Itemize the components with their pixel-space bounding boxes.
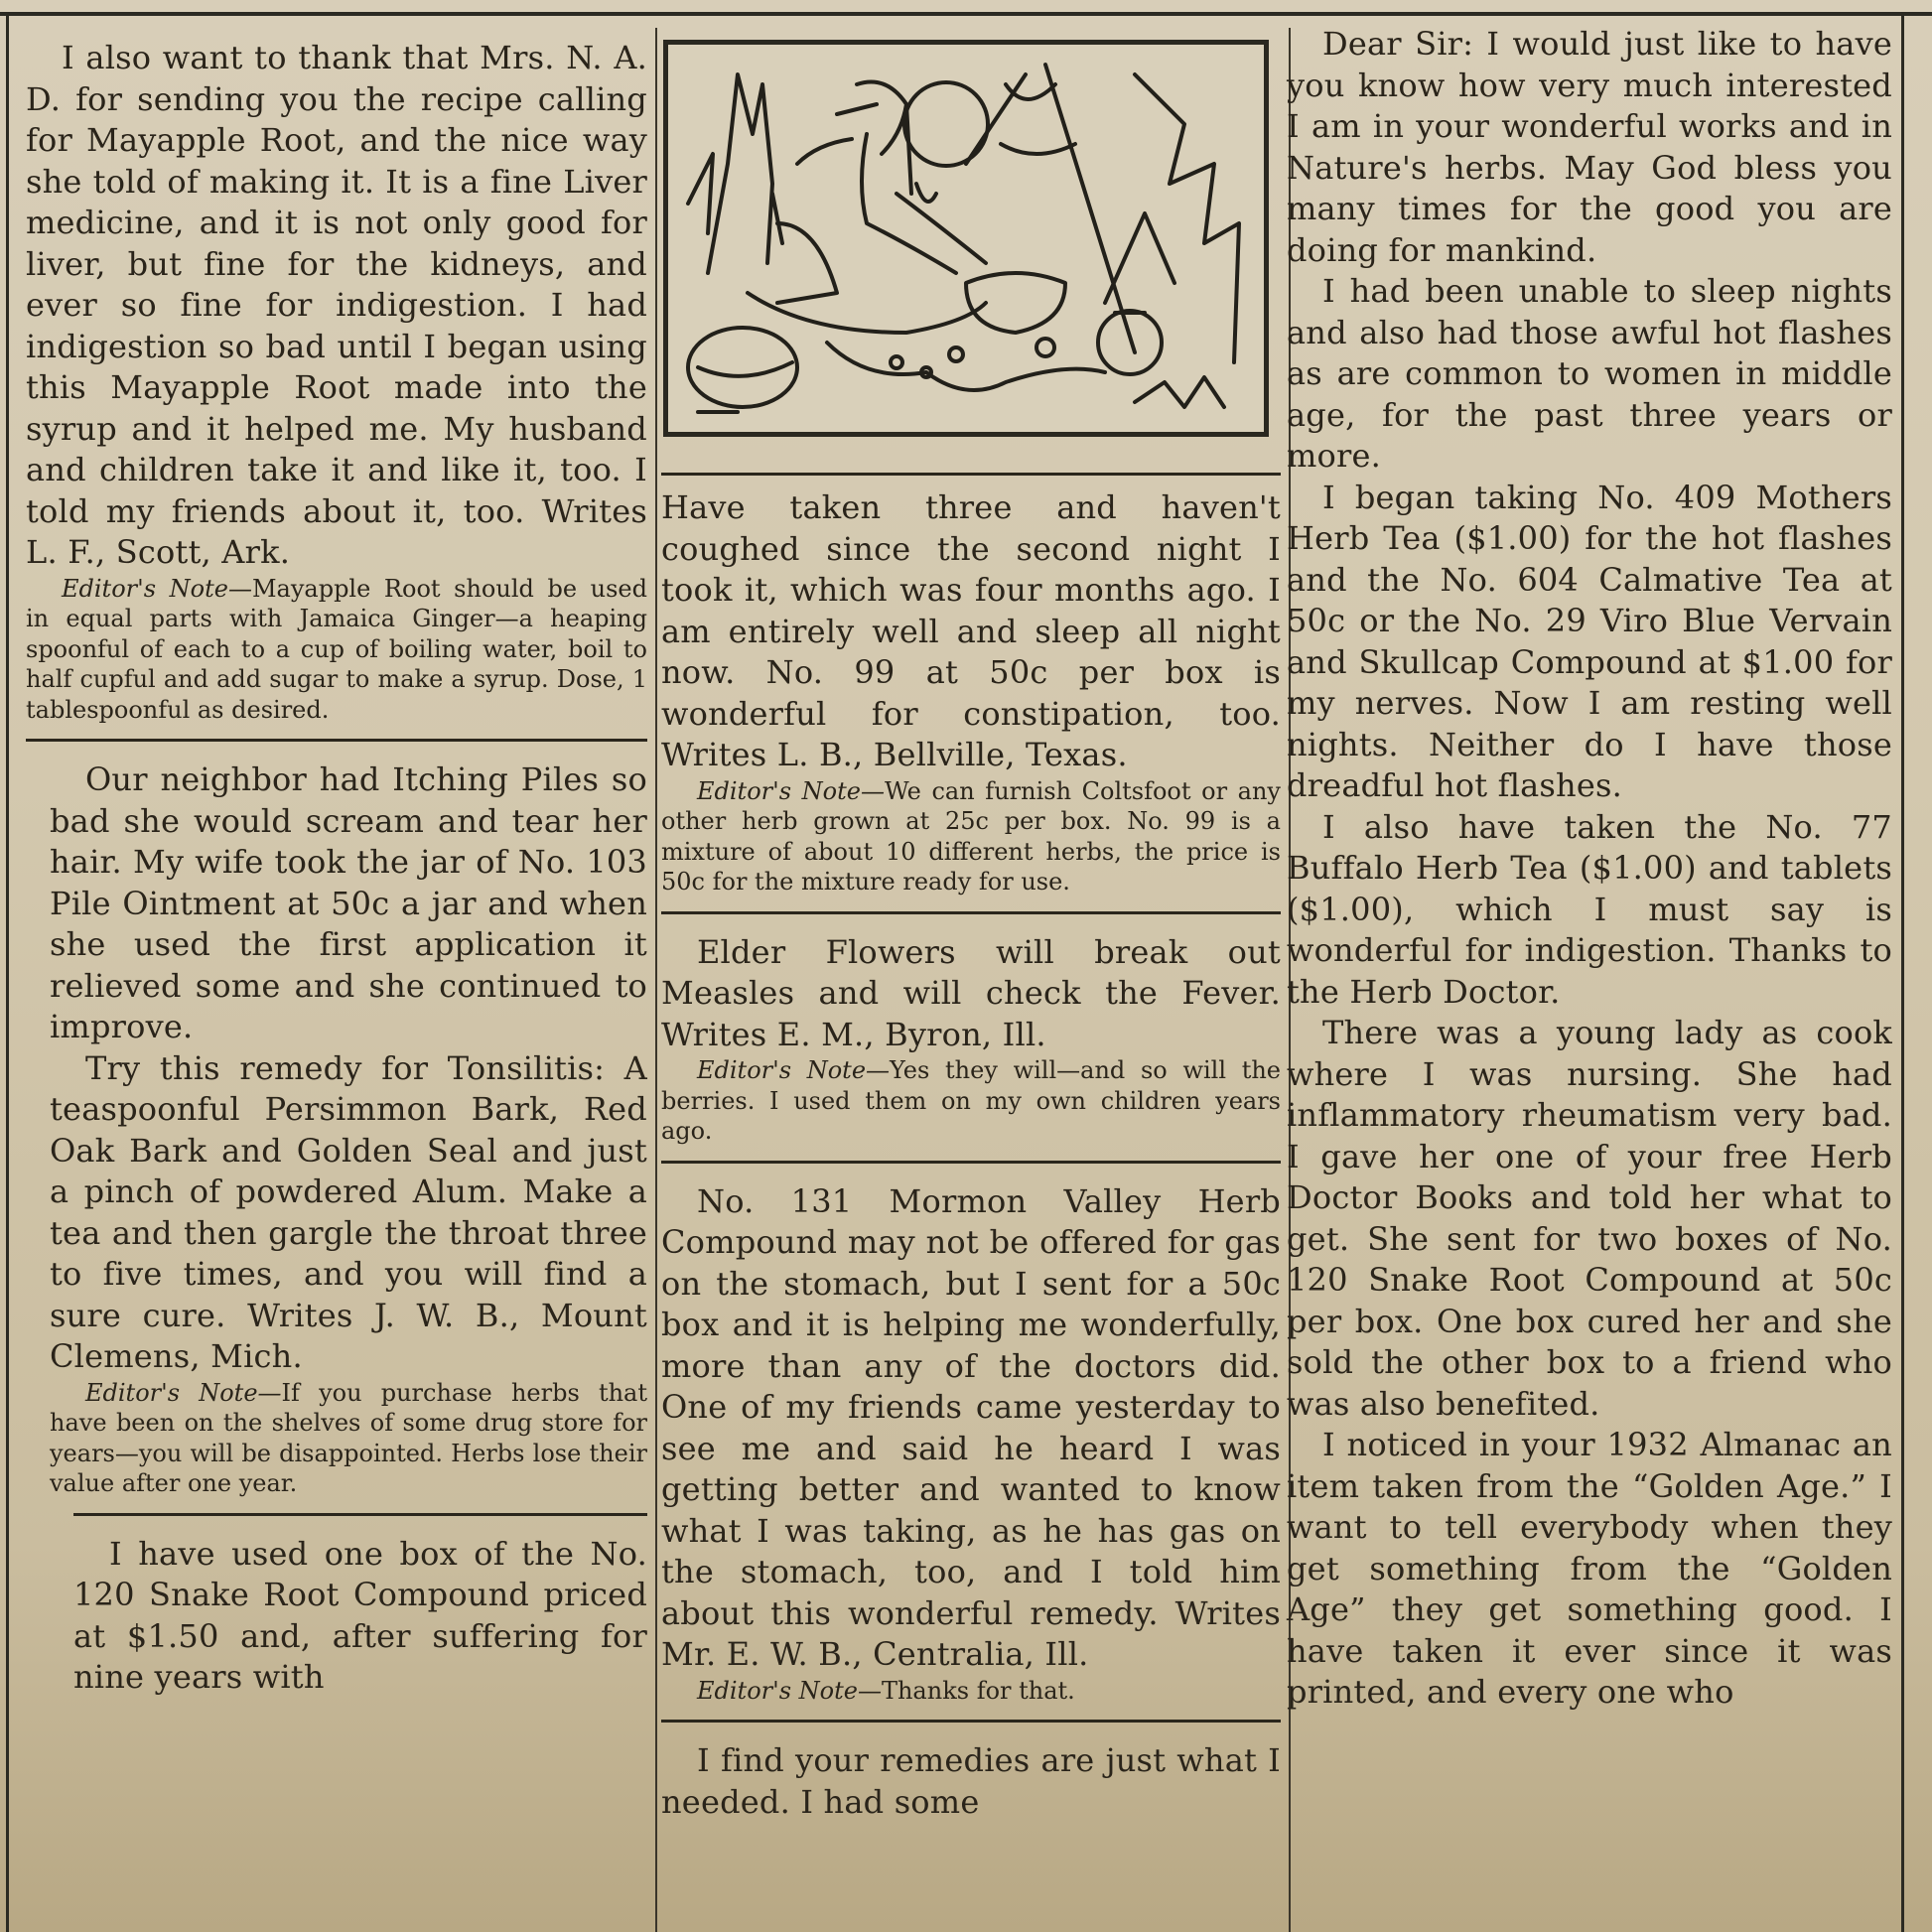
- article-separator: [661, 1720, 1281, 1723]
- article-remedies: I find your remedies are just what I nee…: [661, 1740, 1281, 1823]
- article-mayapple: I also want to thank that Mrs. N. A. D. …: [26, 38, 647, 725]
- article-body: No. 131 Mormon Valley Herb Compound may …: [661, 1181, 1281, 1676]
- article-body: I find your remedies are just what I nee…: [661, 1740, 1281, 1823]
- article-body: Elder Flowers will break out Measles and…: [661, 932, 1281, 1056]
- left-border-rule: [6, 14, 9, 1932]
- column-1: I also want to thank that Mrs. N. A. D. …: [26, 38, 647, 1699]
- letter-paragraph: I also have taken the No. 77 Buffalo Her…: [1287, 807, 1892, 1014]
- editors-note-label: Editor's Note—: [62, 575, 252, 603]
- letter-paragraph: Dear Sir: I would just like to have you …: [1287, 24, 1892, 271]
- article-separator: [661, 1161, 1281, 1164]
- column-2: Have taken three and haven't coughed sin…: [661, 40, 1281, 1823]
- article-snake-root: I have used one box of the No. 120 Snake…: [26, 1534, 647, 1699]
- article-separator: [26, 739, 647, 742]
- editors-note: Editor's Note—If you purchase herbs that…: [50, 1378, 647, 1499]
- article-body: I have used one box of the No. 120 Snake…: [73, 1534, 647, 1699]
- editors-note: Editor's Note—Yes they will—and so will …: [661, 1055, 1281, 1147]
- article-body: I also want to thank that Mrs. N. A. D. …: [26, 38, 647, 574]
- woman-preparing-herbs-illustration-icon: [668, 45, 1264, 432]
- right-border-rule: [1901, 14, 1904, 1932]
- article-separator: [661, 473, 1281, 476]
- article-separator: [73, 1513, 647, 1516]
- article-body: Try this remedy for Tonsilitis: A teaspo…: [50, 1048, 647, 1378]
- editors-note-label: Editor's Note—: [697, 1056, 890, 1084]
- top-border-rule: [0, 12, 1932, 16]
- article-dear-sir-letter: Dear Sir: I would just like to have you …: [1287, 24, 1892, 1714]
- letter-paragraph: There was a young lady as cook where I w…: [1287, 1013, 1892, 1425]
- article-mormon-valley: No. 131 Mormon Valley Herb Compound may …: [661, 1181, 1281, 1707]
- editors-note-text: Thanks for that.: [882, 1677, 1075, 1705]
- newspaper-page: I also want to thank that Mrs. N. A. D. …: [0, 0, 1932, 1932]
- article-itching-piles: Our neighbor had Itching Piles so bad sh…: [26, 759, 647, 1499]
- illustration-frame: [663, 40, 1269, 437]
- editors-note-label: Editor's Note—: [85, 1379, 282, 1407]
- editors-note-label: Editor's Note—: [697, 777, 885, 805]
- article-separator: [661, 911, 1281, 914]
- column-divider-1: [655, 28, 657, 1932]
- letter-paragraph: I noticed in your 1932 Almanac an item t…: [1287, 1425, 1892, 1714]
- editors-note-label: Editor's Note—: [697, 1677, 882, 1705]
- article-body: Have taken three and haven't coughed sin…: [661, 487, 1281, 776]
- article-elder-flowers: Elder Flowers will break out Measles and…: [661, 932, 1281, 1147]
- column-3: Dear Sir: I would just like to have you …: [1287, 24, 1892, 1714]
- article-body: Our neighbor had Itching Piles so bad sh…: [50, 759, 647, 1048]
- letter-paragraph: I began taking No. 409 Mothers Herb Tea …: [1287, 478, 1892, 807]
- article-cough: Have taken three and haven't coughed sin…: [661, 487, 1281, 897]
- editors-note: Editor's Note—Thanks for that.: [661, 1676, 1281, 1707]
- editors-note: Editor's Note—Mayapple Root should be us…: [26, 574, 647, 726]
- editors-note: Editor's Note—We can furnish Coltsfoot o…: [661, 776, 1281, 897]
- letter-paragraph: I had been unable to sleep nights and al…: [1287, 271, 1892, 478]
